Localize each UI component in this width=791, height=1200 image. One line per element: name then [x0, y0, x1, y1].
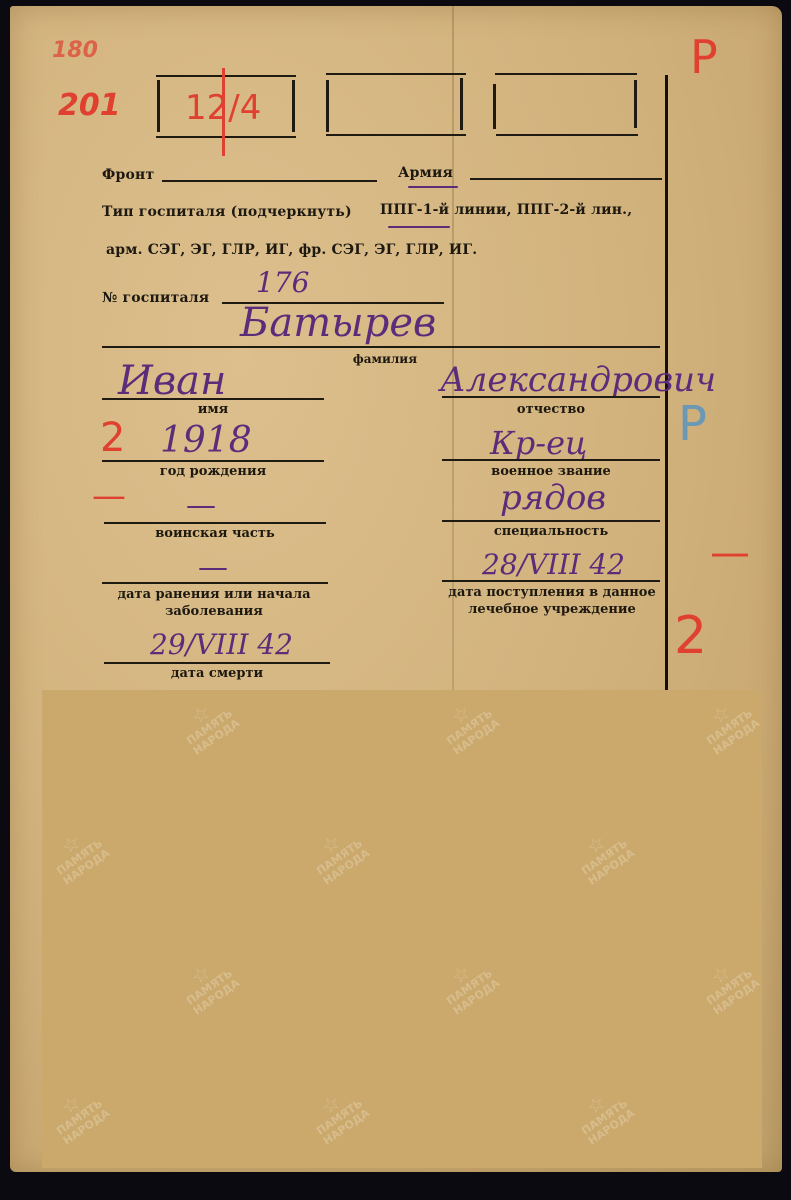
front-field-line [162, 180, 377, 182]
admission-date-line [442, 580, 660, 582]
wound-date-value: — [198, 550, 228, 585]
hospital-number-label: № госпиталя [102, 290, 209, 306]
unit-value: — [186, 488, 216, 523]
death-date-value: 29/VIII 42 [150, 628, 293, 661]
red-dash-right: — [710, 530, 750, 576]
hospital-type-options-line2: арм. СЭГ, ЭГ, ГЛР, ИГ, фр. СЭГ, ЭГ, ГЛР,… [106, 242, 477, 258]
rank-label: военное звание [442, 464, 660, 479]
redacted-area [42, 690, 762, 1168]
surname-value: Батырев [240, 300, 436, 346]
patronymic-label: отчество [442, 402, 660, 417]
death-date-line [104, 662, 330, 664]
corner-mark-upper: 180 [52, 38, 98, 63]
hospital-type-options-line1: ППГ-1-й линии, ППГ-2-й лин., [380, 202, 632, 218]
rank-line [442, 459, 660, 461]
patronymic-line [442, 396, 660, 398]
death-date-label: дата смерти [104, 666, 330, 681]
specialty-value: рядов [500, 478, 606, 518]
hospital-type-selected-underline [388, 226, 450, 228]
box-1-value: 12/4 [185, 88, 261, 128]
admission-date-value: 28/VIII 42 [482, 548, 625, 581]
surname-label: фамилия [340, 352, 430, 366]
admission-date-label: дата поступления в данное лечебное учреж… [440, 584, 664, 618]
unit-label: воинская часть [104, 526, 326, 541]
birth-year-label: год рождения [102, 464, 324, 479]
blue-margin-mark: Р [678, 396, 707, 452]
corner-mark-lower: 201 [58, 88, 121, 123]
surname-line [102, 346, 660, 348]
rank-value: Кр-ец [490, 424, 587, 462]
army-field-line [470, 178, 662, 180]
right-red-mark: Р [690, 30, 718, 84]
wound-date-label: дата ранения или начала заболевания [96, 586, 332, 620]
army-label: Армия [398, 165, 453, 181]
first-name-label: имя [102, 402, 324, 417]
specialty-label: специальность [442, 524, 660, 539]
specialty-line [442, 520, 660, 522]
army-underline [408, 186, 458, 188]
red-digit-right: 2 [674, 606, 707, 666]
patronymic-value: Александрович [440, 360, 716, 400]
birth-year-line [102, 460, 324, 462]
wound-date-line [102, 582, 328, 584]
hospital-number-value: 176 [256, 266, 309, 299]
first-name-line [102, 398, 324, 400]
hospital-type-label: Тип госпиталя (подчеркнуть) [102, 204, 352, 220]
birth-year-value: 1918 [160, 420, 252, 461]
red-digit-left: 2 [100, 415, 125, 461]
unit-line [104, 522, 326, 524]
front-label: Фронт [102, 167, 154, 183]
red-dash-left: — [92, 476, 126, 516]
